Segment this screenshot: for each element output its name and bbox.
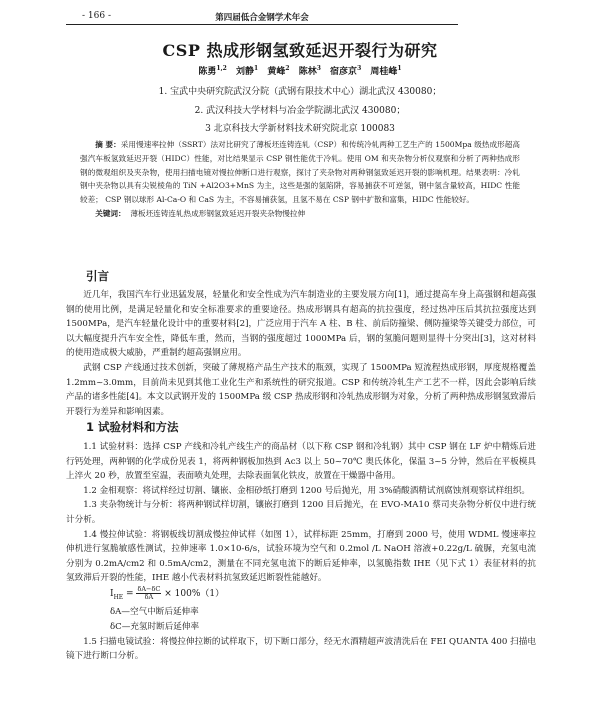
- keywords-label: 关键词：: [95, 209, 125, 218]
- intro-paragraph-2: 武钢 CSP 产线通过技术创新，突破了薄规格产品生产技术的瓶颈，实现了 1500…: [66, 361, 536, 419]
- definition-delta-a: δA—空气中断后延伸率: [66, 605, 536, 620]
- abstract: 摘 要：采用慢速率拉伸（SSRT）法对比研究了薄板坯连铸连轧（CSP）和传统冷轧…: [80, 138, 520, 221]
- abstract-text: 采用慢速率拉伸（SSRT）法对比研究了薄板坯连铸连轧（CSP）和传统冷轧两种工艺…: [80, 140, 520, 204]
- affiliation-2: 2. 武汉科技大学材料与冶金学院湖北武汉 430080；: [0, 103, 600, 116]
- author-list: 陈勇1,2 刘静1 黄峰2 陈林3 宿彦京3 周桂峰1: [0, 64, 600, 77]
- page-header: - 166 - 第四届低合金钢学术年会: [66, 8, 458, 25]
- author: 周桂峰1: [370, 67, 401, 77]
- ihe-formula: IHE = δA−δCδA × 100%（1）: [66, 586, 536, 605]
- section-1-2: 1.2 金相观察：将试样经过切割、镶嵌、金相砂纸打磨到 1200 号后抛光，用 …: [66, 484, 536, 499]
- section-1-1: 1.1 试验材料：选择 CSP 产线和冷轧产线生产的商品材（以下称 CSP 钢和…: [66, 440, 536, 484]
- section-1-4: 1.4 慢拉伸试验：将钢板线切割成慢拉伸试样（如图 1），试样标距 25mm，打…: [66, 528, 536, 586]
- section-heading-1: 1 试验材料和方法: [86, 419, 179, 435]
- author: 陈勇1,2: [198, 67, 226, 77]
- author: 宿彦京3: [330, 67, 361, 77]
- author: 刘静1: [236, 67, 258, 77]
- intro-body: 近几年，我国汽车行业迅猛发展，轻量化和安全性成为汽车制造业的主要发展方向[1]，…: [66, 288, 536, 419]
- author: 黄峰2: [267, 67, 289, 77]
- running-title: 第四届低合金钢学术年会: [66, 11, 458, 23]
- keywords: 关键词： 薄板坯连铸连轧热成形钢氢致延迟开裂夹杂物慢拉伸: [80, 207, 520, 221]
- affiliation-1: 1. 宝武中央研究院武汉分院（武钢有限技术中心）湖北武汉 430080；: [0, 84, 600, 97]
- section-1-5: 1.5 扫描电镜试验：将慢拉伸拉断的试样取下，切下断口部分，经无水酒精超声波清洗…: [66, 635, 536, 664]
- section-1-3: 1.3 夹杂物统计与分析：将两种钢试样切割，镶嵌打磨到 1200 目后抛光，在 …: [66, 498, 536, 527]
- intro-paragraph-1: 近几年，我国汽车行业迅猛发展，轻量化和安全性成为汽车制造业的主要发展方向[1]，…: [66, 288, 536, 361]
- paper-title: CSP 热成形钢氢致延迟开裂行为研究: [0, 38, 600, 61]
- author: 陈林3: [299, 67, 321, 77]
- affiliation-3: 3 北京科技大学新材料技术研究院北京 100083: [0, 121, 600, 134]
- fraction: δA−δCδA: [136, 586, 161, 601]
- definition-delta-c: δC—充氢时断后延伸率: [66, 620, 536, 635]
- section-heading-intro: 引言: [86, 268, 109, 284]
- abstract-label: 摘 要：: [95, 140, 121, 149]
- section-1-body: 1.1 试验材料：选择 CSP 产线和冷轧产线生产的商品材（以下称 CSP 钢和…: [66, 440, 536, 664]
- keywords-text: 薄板坯连铸连轧热成形钢氢致延迟开裂夹杂物慢拉伸: [130, 209, 305, 218]
